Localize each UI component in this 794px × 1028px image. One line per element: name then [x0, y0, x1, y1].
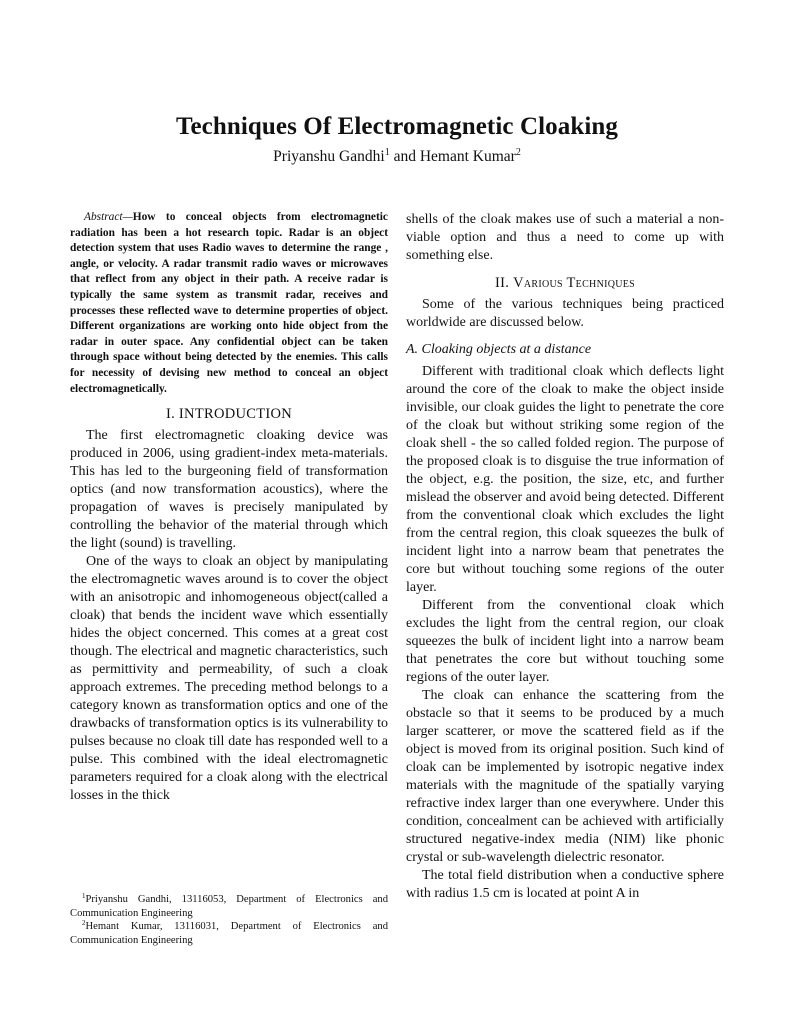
- paper-title: Techniques Of Electromagnetic Cloaking: [0, 113, 794, 141]
- paragraph: Some of the various techniques being pra…: [406, 296, 724, 332]
- abstract: Abstract—How to conceal objects from ele…: [70, 210, 388, 397]
- author-affiliation-marker: 2: [516, 147, 521, 158]
- abstract-label: Abstract—: [84, 211, 133, 223]
- author-name: Hemant Kumar: [420, 148, 516, 165]
- footnote: 2Hemant Kumar, 13116031, Department of E…: [70, 920, 388, 947]
- right-column: shells of the cloak makes use of such a …: [406, 211, 724, 903]
- abstract-text: How to conceal objects from electromagne…: [70, 211, 388, 395]
- footnote-text: Hemant Kumar, 13116031, Department of El…: [70, 921, 388, 946]
- author-joiner: and: [390, 148, 420, 165]
- footnotes: 1Priyanshu Gandhi, 13116053, Department …: [70, 893, 388, 947]
- section-title: Various Techniques: [513, 275, 635, 291]
- paragraph: The total field distribution when a cond…: [406, 867, 724, 903]
- author-line: Priyanshu Gandhi1 and Hemant Kumar2: [0, 148, 794, 166]
- paragraph: One of the ways to cloak an object by ma…: [70, 553, 388, 805]
- paragraph: Different with traditional cloak which d…: [406, 363, 724, 597]
- left-column: Abstract—How to conceal objects from ele…: [70, 210, 388, 805]
- section-heading-introduction: I. INTRODUCTION: [70, 405, 388, 423]
- paragraph: The cloak can enhance the scattering fro…: [406, 687, 724, 867]
- paragraph-continuation: shells of the cloak makes use of such a …: [406, 211, 724, 265]
- footnote-text: Priyanshu Gandhi, 13116053, Department o…: [70, 894, 388, 919]
- section-heading-various-techniques: II. Various Techniques: [406, 274, 724, 292]
- subsection-heading: A. Cloaking objects at a distance: [406, 341, 724, 359]
- section-number: II.: [495, 275, 513, 291]
- author-name: Priyanshu Gandhi: [273, 148, 385, 165]
- paragraph: Different from the conventional cloak wh…: [406, 597, 724, 687]
- paragraph: The first electromagnetic cloaking devic…: [70, 427, 388, 553]
- footnote: 1Priyanshu Gandhi, 13116053, Department …: [70, 893, 388, 920]
